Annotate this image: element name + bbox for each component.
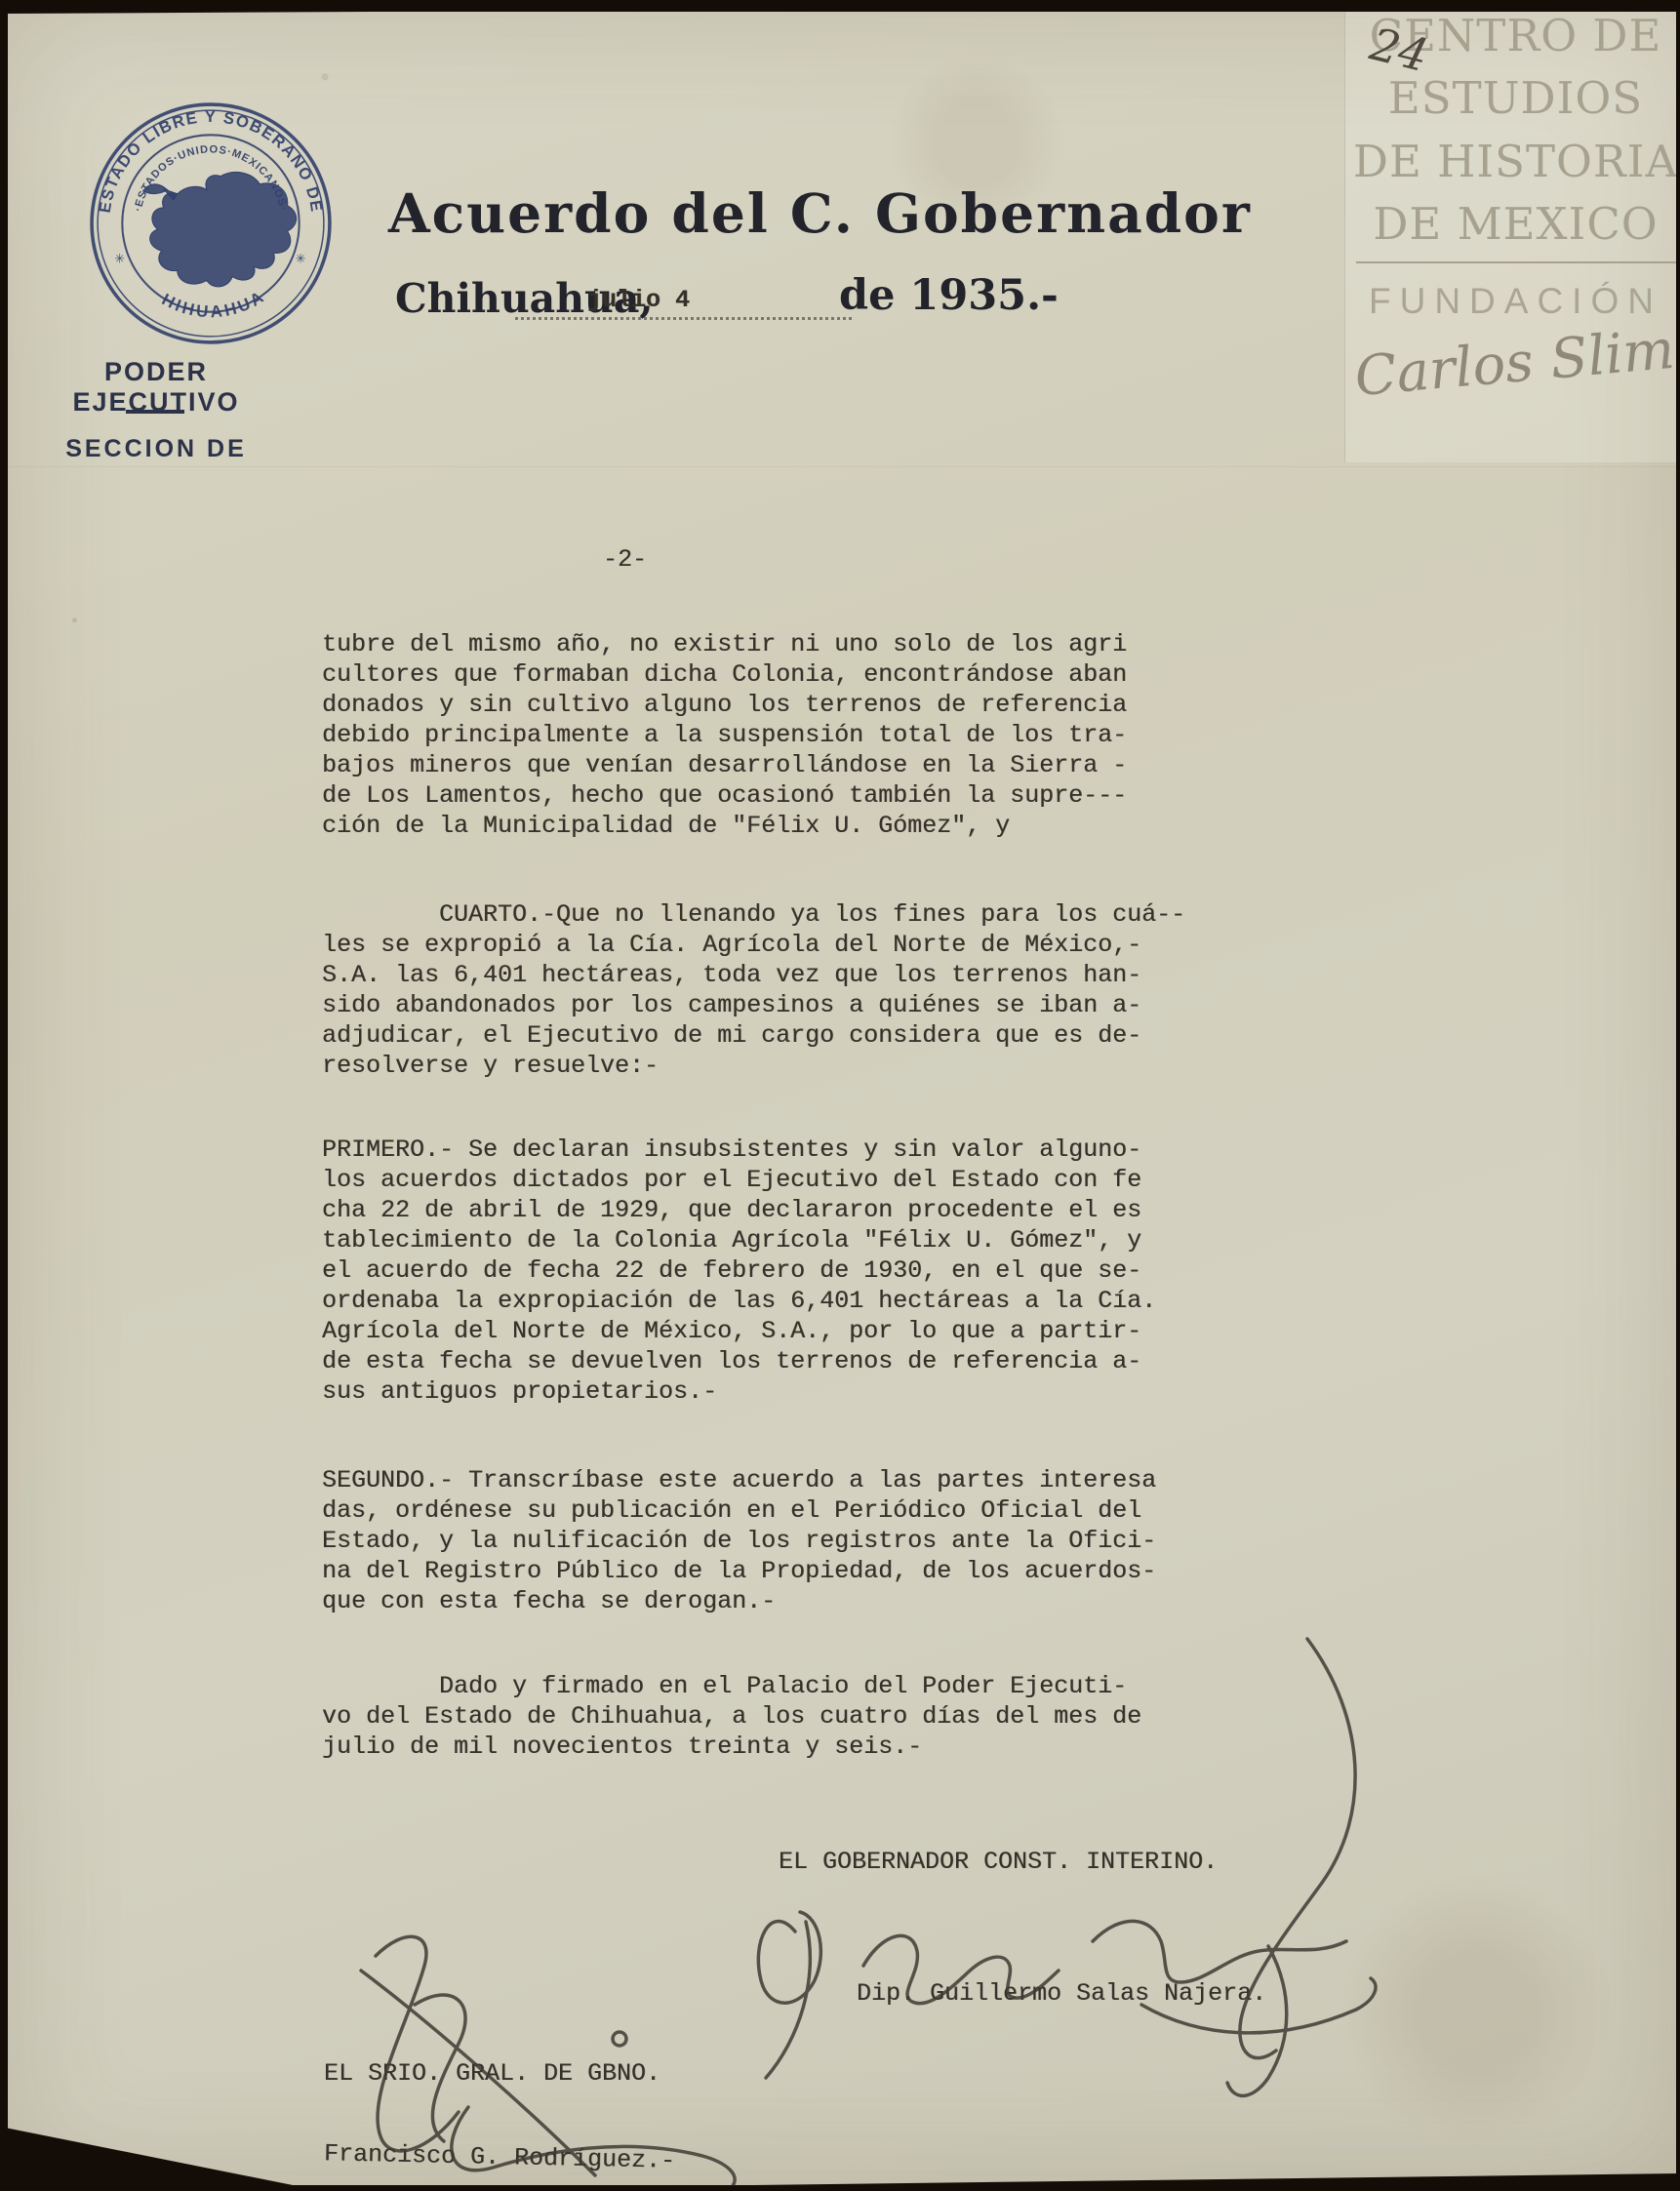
watermark-line-3: DE HISTORIA — [1351, 136, 1680, 187]
document-page: ESTADO LIBRE Y SOBERANO DE CHIHUAHUA. ·E… — [0, 0, 1680, 2191]
body-paragraph-primero: PRIMERO.- Se declaran insubsistentes y s… — [322, 1135, 1210, 1407]
watermark-line-4: DE MEXICO — [1351, 198, 1680, 250]
letterhead-branch: PODER EJECUTIVO — [49, 357, 263, 418]
dateline-year: de 1935.- — [839, 271, 1059, 320]
watermark-foundation: FUNDACIÓN — [1351, 281, 1680, 322]
secretary-title-line: EL SRIO. GRAL. DE GBNO. — [324, 2058, 660, 2089]
letterhead-rule — [126, 410, 184, 414]
governor-name-line: Dip. Guillermo Salas Najera. — [857, 1978, 1266, 2009]
seal-star-right: ✳ — [296, 251, 306, 265]
dateline-typed-date: julio 4 — [587, 285, 690, 315]
body-paragraph-1: tubre del mismo año, no existir ni uno s… — [322, 629, 1210, 841]
seal-star-left: ✳ — [114, 251, 125, 265]
document-title: Acuerdo del C. Gobernador — [388, 181, 1252, 245]
body-paragraph-segundo: SEGUNDO.- Transcríbase este acuerdo a la… — [322, 1465, 1210, 1616]
body-paragraph-cuarto: CUARTO.-Que no llenando ya los fines par… — [322, 899, 1210, 1081]
watermark-divider — [1356, 261, 1678, 263]
eagle-icon — [142, 172, 296, 286]
page-number-marker: -2- — [603, 544, 647, 575]
governor-title-line: EL GOBERNADOR CONST. INTERINO. — [779, 1847, 1218, 1877]
letterhead-section: SECCION DE — [59, 435, 254, 463]
watermark-line-2: ESTUDIOS — [1351, 72, 1680, 124]
state-seal-stamp: ESTADO LIBRE Y SOBERANO DE CHIHUAHUA. ·E… — [83, 96, 339, 351]
body-paragraph-dado: Dado y firmado en el Palacio del Poder E… — [322, 1671, 1210, 1762]
